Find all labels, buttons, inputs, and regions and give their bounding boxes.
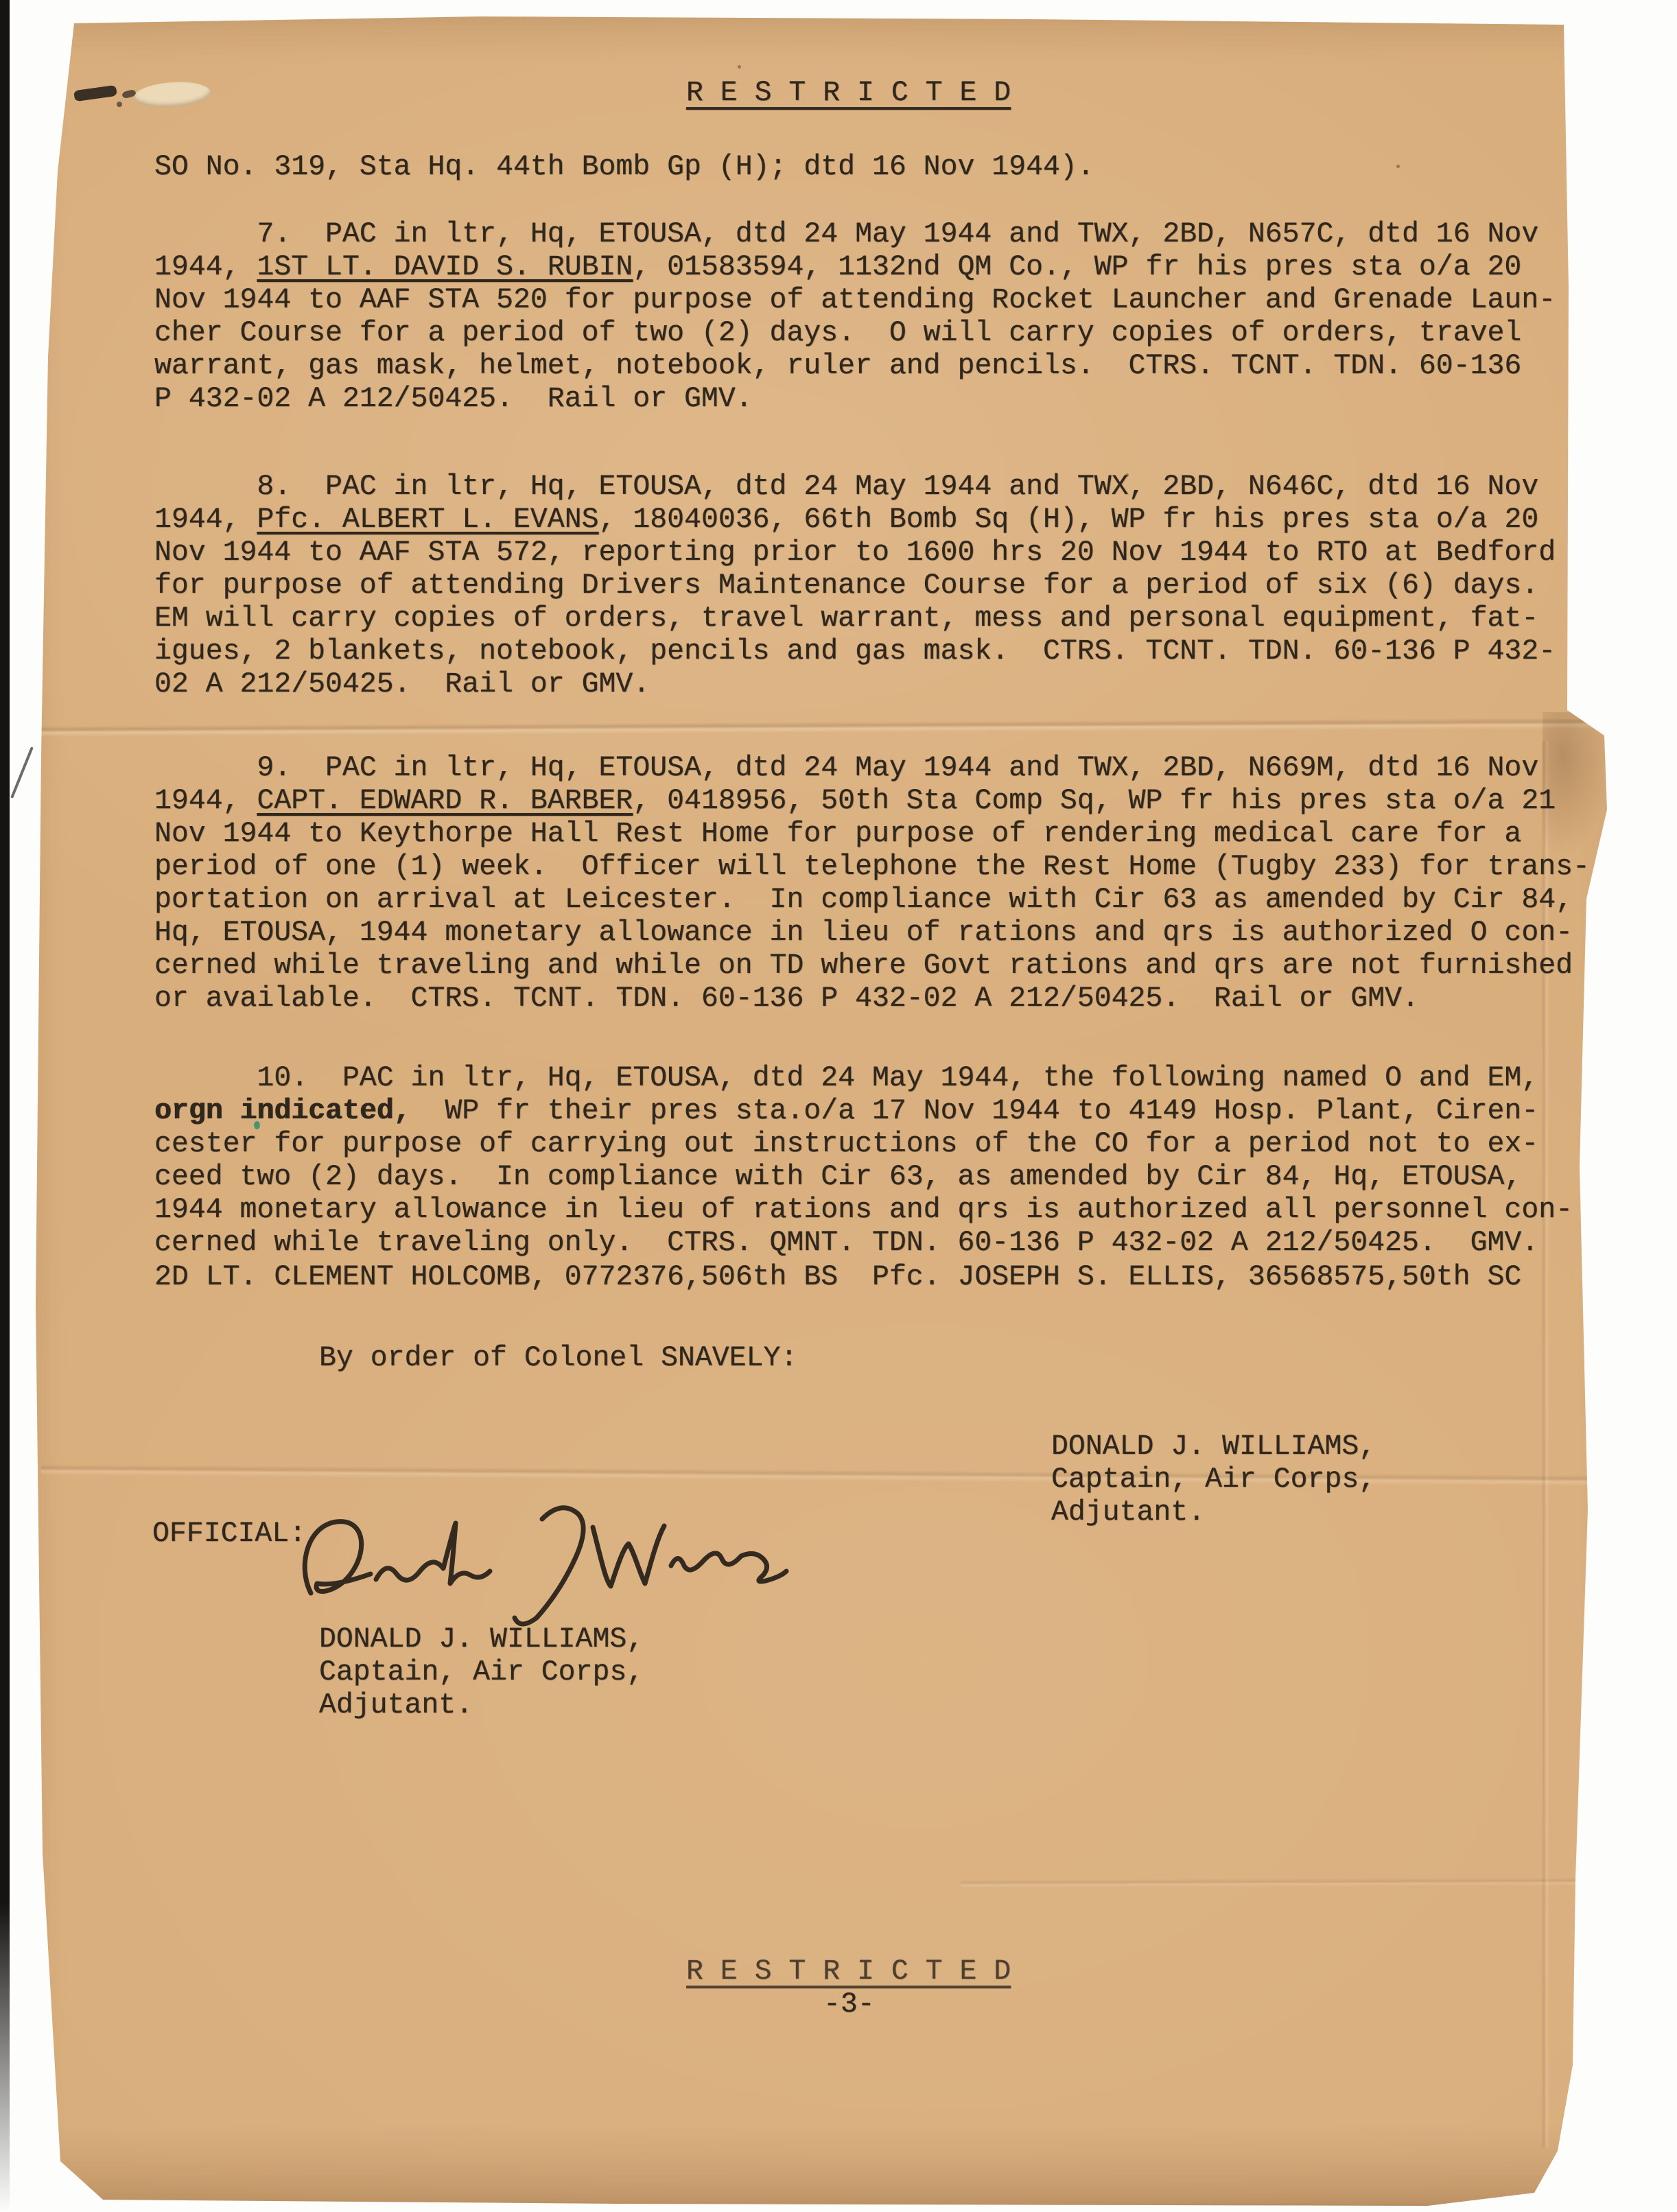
para-10-line-5: 1944 monetary allowance in lieu of ratio…: [154, 1194, 1573, 1227]
para-7-line-2: 1944, 1ST LT. DAVID S. RUBIN, 01583594, …: [154, 251, 1521, 284]
para-8-line-3: Nov 1944 to AAF STA 572, reporting prior…: [154, 537, 1556, 569]
ink-smudge: [73, 85, 117, 102]
para-10-orgn-emphasis: orgn indicated,: [154, 1095, 411, 1127]
para-9-line-4: period of one (1) week. Officer will tel…: [154, 851, 1590, 884]
para-8-line-1: 8. PAC in ltr, Hq, ETOUSA, dtd 24 May 19…: [154, 471, 1538, 504]
by-order-line: By order of Colonel SNAVELY:: [319, 1342, 797, 1375]
para-9-line-6: Hq, ETOUSA, 1944 monetary allowance in l…: [154, 917, 1573, 950]
para-8-line-2: 1944, Pfc. ALBERT L. EVANS, 18040036, 66…: [154, 504, 1538, 537]
ink-speck: [117, 102, 122, 107]
para-9-line-2-pre: 1944,: [154, 785, 257, 817]
para-10-line-6: cerned while traveling only. CTRS. QMNT.…: [154, 1227, 1538, 1260]
para-9-line-5: portation on arrival at Leicester. In co…: [154, 884, 1573, 917]
para-10-line-1: 10. PAC in ltr, Hq, ETOUSA, dtd 24 May 1…: [154, 1062, 1538, 1095]
paper-damage-patch: [133, 80, 211, 110]
left-block-title: Adjutant.: [319, 1689, 473, 1722]
para-7-line-2-pre: 1944,: [154, 251, 257, 283]
tear-shadow: [1543, 712, 1611, 856]
fold-crease-bottom: [961, 1877, 1578, 1887]
para-8-line-5: EM will carry copies of orders, travel w…: [154, 602, 1538, 635]
para-7-line-5: warrant, gas mask, helmet, notebook, rul…: [154, 350, 1521, 383]
paper-speck: [738, 65, 741, 69]
para-7-line-2-post: , 01583594, 1132nd QM Co., WP fr his pre…: [633, 251, 1521, 283]
para-7-line-1: 7. PAC in ltr, Hq, ETOUSA, dtd 24 May 19…: [154, 218, 1538, 251]
para-7-officer-name: 1ST LT. DAVID S. RUBIN: [257, 251, 633, 283]
paper-speck: [1396, 165, 1400, 168]
para-8-soldier-name: Pfc. ALBERT L. EVANS: [257, 504, 598, 536]
para-8-line-7: 02 A 212/50425. Rail or GMV.: [154, 668, 650, 701]
classification-banner-top: R E S T R I C T E D: [686, 77, 1011, 110]
para-7-line-6: P 432-02 A 212/50425. Rail or GMV.: [154, 383, 753, 416]
para-9-line-7: cerned while traveling and while on TD w…: [154, 950, 1573, 983]
right-block-rank: Captain, Air Corps,: [1051, 1463, 1376, 1496]
para-9-line-3: Nov 1944 to Keythorpe Hall Rest Home for…: [154, 818, 1521, 851]
pen-slash-mark: [10, 746, 34, 799]
left-block-name: DONALD J. WILLIAMS,: [319, 1623, 644, 1656]
para-8-line-2-post: , 18040036, 66th Bomb Sq (H), WP fr his …: [599, 504, 1539, 536]
para-9-officer-name: CAPT. EDWARD R. BARBER: [257, 785, 633, 817]
para-7-line-4: cher Course for a period of two (2) days…: [154, 317, 1521, 350]
para-9-line-2-post: , 0418956, 50th Sta Comp Sq, WP fr his p…: [633, 785, 1556, 817]
para-9-line-1: 9. PAC in ltr, Hq, ETOUSA, dtd 24 May 19…: [154, 752, 1538, 785]
para-10-line-2-post: WP fr their pres sta.o/a 17 Nov 1944 to …: [411, 1095, 1539, 1127]
scanner-edge-strip: [0, 0, 10, 2212]
left-block-rank: Captain, Air Corps,: [319, 1656, 644, 1689]
para-9-line-8: or available. CTRS. TCNT. TDN. 60-136 P …: [154, 983, 1419, 1015]
para-10-line-4: ceed two (2) days. In compliance with Ci…: [154, 1161, 1521, 1194]
para-10-line-7: 2D LT. CLEMENT HOLCOMB, 0772376,506th BS…: [154, 1261, 1521, 1294]
para-10-line-3: cester for purpose of carrying out instr…: [154, 1128, 1538, 1161]
right-block-title: Adjutant.: [1051, 1496, 1205, 1529]
fold-crease-upper: [34, 718, 1606, 737]
paper-sheet: R E S T R I C T E D SO No. 319, Sta Hq. …: [0, 0, 1677, 2212]
para-9-line-2: 1944, CAPT. EDWARD R. BARBER, 0418956, 5…: [154, 785, 1556, 818]
para-7-line-3: Nov 1944 to AAF STA 520 for purpose of a…: [154, 284, 1556, 317]
para-8-line-6: igues, 2 blankets, notebook, pencils and…: [154, 635, 1556, 668]
page-number: -3-: [823, 1988, 875, 2021]
right-block-name: DONALD J. WILLIAMS,: [1051, 1431, 1376, 1463]
document-page: R E S T R I C T E D SO No. 319, Sta Hq. …: [0, 0, 1677, 2212]
para-8-line-2-pre: 1944,: [154, 504, 257, 536]
classification-banner-bottom: R E S T R I C T E D: [686, 1955, 1011, 1988]
para-8-line-4: for purpose of attending Drivers Mainten…: [154, 569, 1538, 602]
order-reference-line: SO No. 319, Sta Hq. 44th Bomb Gp (H); dt…: [154, 151, 1094, 184]
para-10-line-2: orgn indicated, WP fr their pres sta.o/a…: [154, 1095, 1538, 1128]
